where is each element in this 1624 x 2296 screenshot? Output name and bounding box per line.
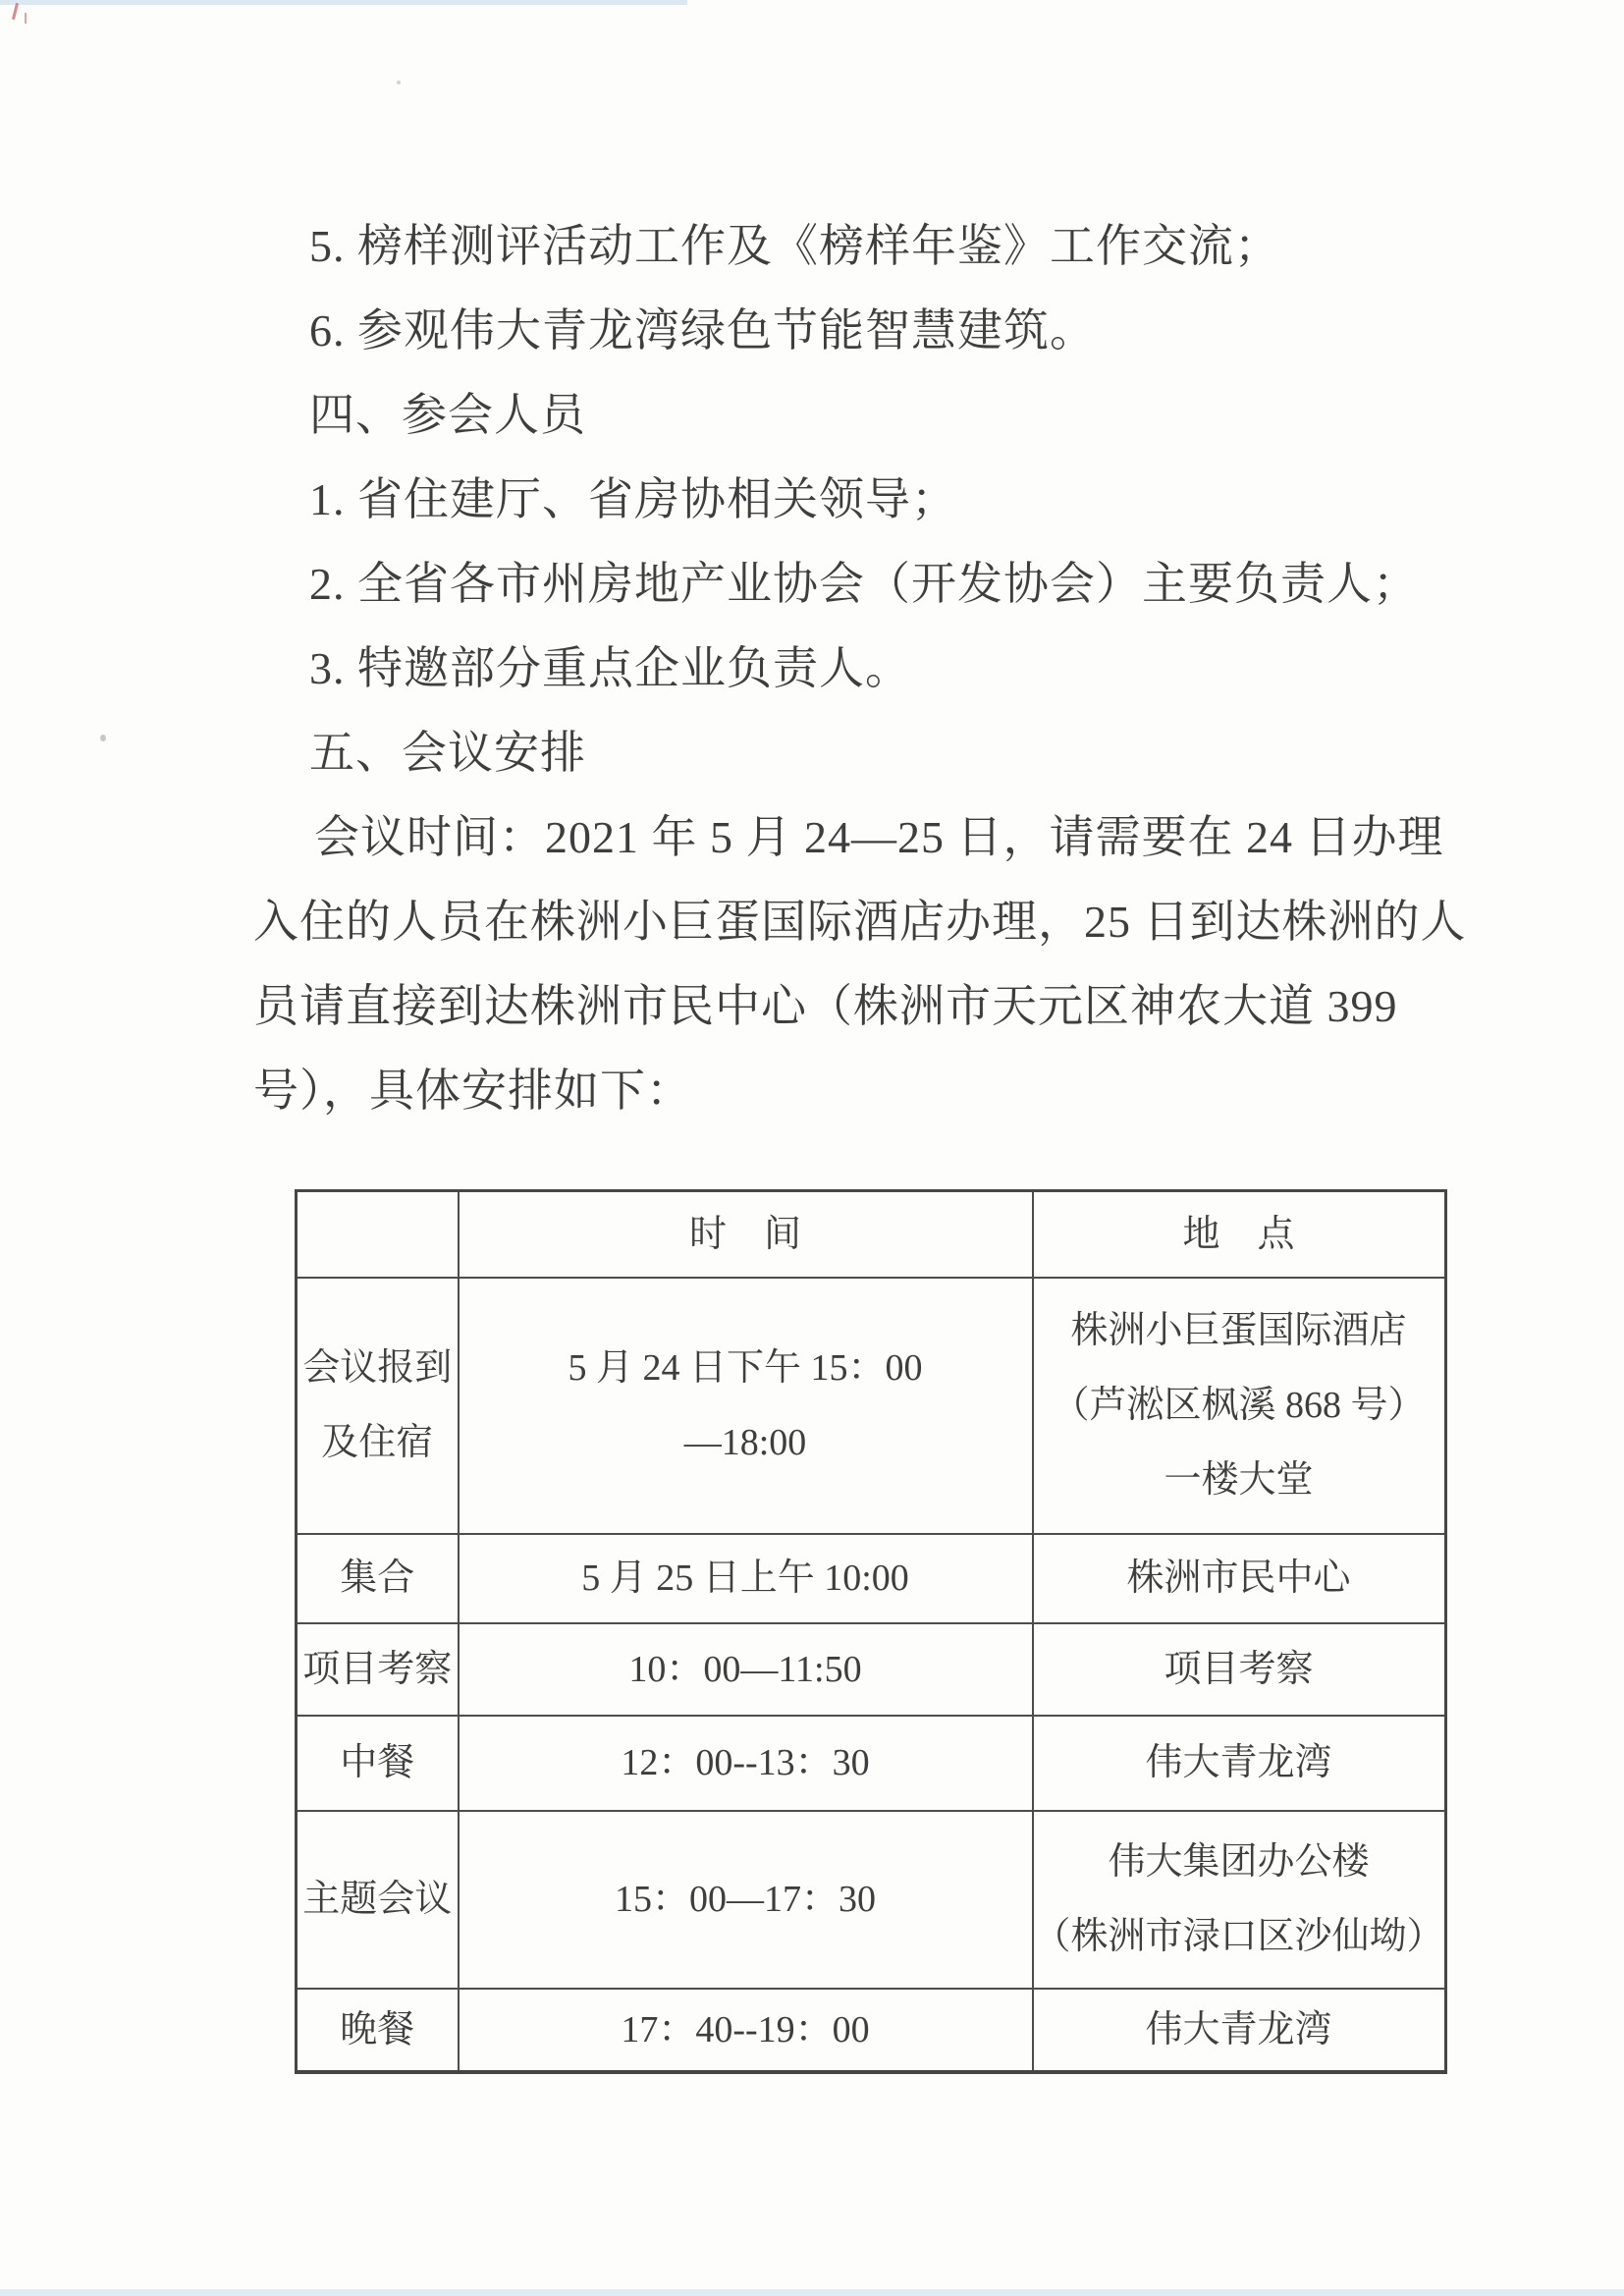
scan-edge-strip-bottom <box>0 2289 1624 2296</box>
body-line-item-2: 2. 全省各市州房地产业协会（开发协会）主要负责人； <box>309 556 1419 613</box>
cell-dinner-place: 伟大青龙湾 <box>1033 1989 1446 2072</box>
scan-speck <box>397 81 401 84</box>
schedule-table: 时 间 地 点 会议报到 及住宿 5 月 24 日下午 15：00 —18:00… <box>295 1189 1447 2074</box>
header-cell-item <box>297 1191 459 1278</box>
table-header-row: 时 间 地 点 <box>297 1191 1446 1278</box>
table-row-checkin: 会议报到 及住宿 5 月 24 日下午 15：00 —18:00 株洲小巨蛋国际… <box>297 1278 1446 1534</box>
scanned-document-page: 5. 榜样测评活动工作及《榜样年鉴》工作交流； 6. 参观伟大青龙湾绿色节能智慧… <box>0 0 1624 2296</box>
cell-main-meeting-time: 15：00—17：30 <box>459 1811 1033 1989</box>
table-row-site-visit: 项目考察 10：00—11:50 项目考察 <box>297 1623 1446 1716</box>
cell-main-meeting-label: 主题会议 <box>297 1811 459 1989</box>
body-line-item-3: 3. 特邀部分重点企业负责人。 <box>309 640 911 697</box>
paragraph-line-1: 会议时间：2021 年 5 月 24—25 日，请需要在 24 日办理 <box>314 809 1444 866</box>
cell-checkin-label: 会议报到 及住宿 <box>297 1278 459 1534</box>
paragraph-line-3: 员请直接到达株洲市民中心（株洲市天元区神农大道 399 <box>253 978 1398 1035</box>
section-heading-5: 五、会议安排 <box>309 725 586 782</box>
cell-lunch-label: 中餐 <box>297 1716 459 1811</box>
cell-lunch-place: 伟大青龙湾 <box>1033 1716 1446 1811</box>
cell-assembly-label: 集合 <box>297 1534 459 1623</box>
cell-site-visit-place: 项目考察 <box>1033 1623 1446 1716</box>
cell-dinner-time: 17：40--19：00 <box>459 1989 1033 2072</box>
cell-checkin-place: 株洲小巨蛋国际酒店 （芦淞区枫溪 868 号） 一楼大堂 <box>1033 1278 1446 1534</box>
paragraph-line-2: 入住的人员在株洲小巨蛋国际酒店办理，25 日到达株洲的人 <box>253 894 1467 951</box>
scan-red-mark <box>25 13 27 24</box>
cell-assembly-time: 5 月 25 日上午 10:00 <box>459 1534 1033 1623</box>
scan-speck <box>100 735 106 741</box>
table-row-assembly: 集合 5 月 25 日上午 10:00 株洲市民中心 <box>297 1534 1446 1623</box>
header-cell-place: 地 点 <box>1033 1191 1446 1278</box>
body-line-item-6: 6. 参观伟大青龙湾绿色节能智慧建筑。 <box>309 302 1096 359</box>
table-row-lunch: 中餐 12：00--13：30 伟大青龙湾 <box>297 1716 1446 1811</box>
cell-lunch-time: 12：00--13：30 <box>459 1716 1033 1811</box>
cell-site-visit-label: 项目考察 <box>297 1623 459 1716</box>
cell-assembly-place: 株洲市民中心 <box>1033 1534 1446 1623</box>
section-heading-4: 四、参会人员 <box>309 387 586 444</box>
cell-site-visit-time: 10：00—11:50 <box>459 1623 1033 1716</box>
body-line-item-1: 1. 省住建厅、省房协相关领导； <box>309 471 957 528</box>
cell-main-meeting-place: 伟大集团办公楼 （株洲市渌口区沙仙坳） <box>1033 1811 1446 1989</box>
cell-dinner-label: 晚餐 <box>297 1989 459 2072</box>
paragraph-line-4: 号），具体安排如下： <box>253 1063 692 1120</box>
header-cell-time: 时 间 <box>459 1191 1033 1278</box>
scan-red-mark <box>12 3 19 20</box>
cell-checkin-time: 5 月 24 日下午 15：00 —18:00 <box>459 1278 1033 1534</box>
table-row-main-meeting: 主题会议 15：00—17：30 伟大集团办公楼 （株洲市渌口区沙仙坳） <box>297 1811 1446 1989</box>
body-line-item-5: 5. 榜样测评活动工作及《榜样年鉴》工作交流； <box>309 218 1280 275</box>
table-row-dinner: 晚餐 17：40--19：00 伟大青龙湾 <box>297 1989 1446 2072</box>
scan-edge-strip-top <box>0 0 687 5</box>
